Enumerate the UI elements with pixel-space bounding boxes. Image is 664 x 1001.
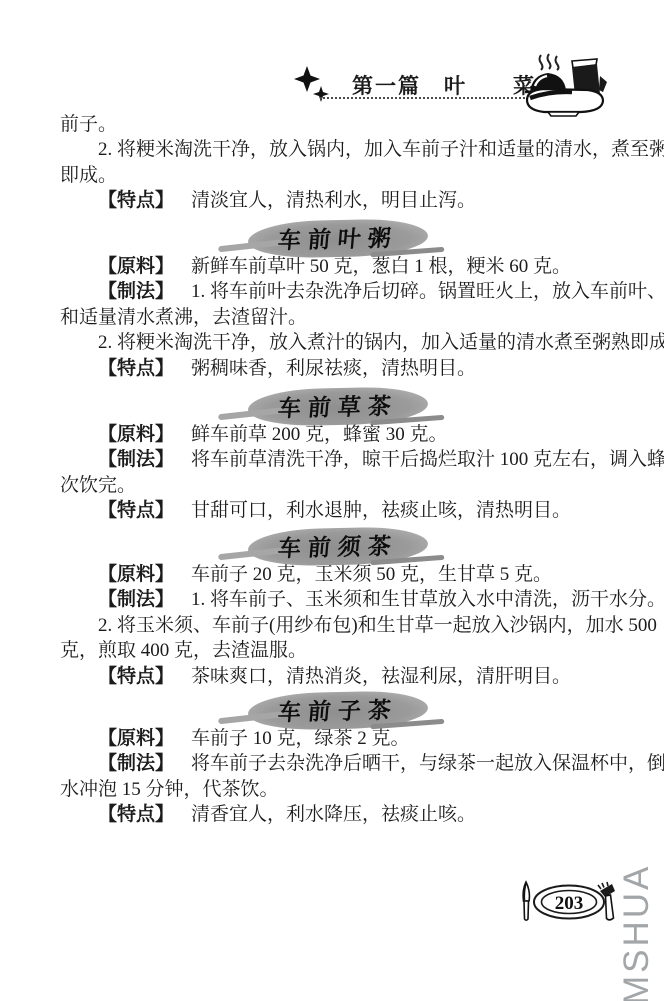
text-line: 和适量清水煮沸，去渣留汁。 xyxy=(60,305,616,330)
line-text: 清淡宜人，清热利水，明目止泻。 xyxy=(191,190,476,211)
field-label: 【原料】 xyxy=(98,256,174,277)
recipe-title: 车前须茶 xyxy=(277,527,400,563)
line-text: 前子。 xyxy=(60,114,117,135)
page-number-badge: 203 xyxy=(517,879,617,925)
recipe-title: 车前子茶 xyxy=(277,691,400,727)
field-label: 【制法】 xyxy=(98,753,174,774)
line-text: 将车前子去杂洗净后晒干，与绿茶一起放入保温杯中，倒入沸 xyxy=(191,753,664,774)
field-label: 【制法】 xyxy=(98,589,174,610)
text-line: 【特点】清淡宜人，清热利水，明目止泻。 xyxy=(60,188,616,213)
line-text: 次饮完。 xyxy=(60,475,136,496)
brush-smear: 车前叶粥 xyxy=(248,218,429,259)
text-line: 【制法】1. 将车前叶去杂洗净后切碎。锅置旺火上，放入车前叶、葱白 xyxy=(60,279,616,304)
line-text: 水冲泡 15 分钟，代茶饮。 xyxy=(60,779,279,800)
line-text: 2. 将玉米须、车前子(用纱布包)和生甘草一起放入沙锅内，加水 500 xyxy=(98,615,657,636)
text-line: 【特点】粥稠味香，利尿祛痰，清热明目。 xyxy=(60,356,616,381)
line-text: 2. 将粳米淘洗干净，放入锅内，加入车前子汁和适量的清水，煮至粥熟 xyxy=(98,139,664,160)
text-line: 【特点】甘甜可口，利水退肿，祛痰止咳，清热明目。 xyxy=(60,498,616,523)
brush-smear: 车前草茶 xyxy=(248,386,429,427)
text-line: 克，煎取 400 克，去渣温服。 xyxy=(60,638,616,663)
line-text: 即成。 xyxy=(60,165,117,186)
line-text: 将车前草清洗干净，晾干后捣烂取汁 100 克左右，调入蜂蜜，1 xyxy=(191,449,664,470)
watermark-text: MSHUA xyxy=(619,881,655,1001)
text-line: 即成。 xyxy=(60,163,616,188)
text-line: 次饮完。 xyxy=(60,473,616,498)
book-page: 第一篇 叶 菜 前子。 2. 将粳米淘洗干净，放入锅内，加入车前子汁和适量的清水… xyxy=(0,0,664,1001)
text-line: 2. 将粳米淘洗干净，放入锅内，加入车前子汁和适量的清水，煮至粥熟 xyxy=(60,137,616,162)
knife-icon xyxy=(523,882,529,920)
line-text: 克，煎取 400 克，去渣温服。 xyxy=(60,640,307,661)
page-number: 203 xyxy=(555,893,584,914)
recipe-title-banner: 车前须茶 xyxy=(60,530,616,562)
text-line: 水冲泡 15 分钟，代茶饮。 xyxy=(60,777,616,802)
brush-smear: 车前须茶 xyxy=(248,526,429,567)
line-text: 粥稠味香，利尿祛痰，清热明目。 xyxy=(191,358,476,379)
field-label: 【特点】 xyxy=(98,358,174,379)
line-text: 车前子 10 克，绿茶 2 克。 xyxy=(191,728,410,749)
field-label: 【原料】 xyxy=(98,564,174,585)
text-line: 【制法】将车前子去杂洗净后晒干，与绿茶一起放入保温杯中，倒入沸 xyxy=(60,751,616,776)
text-line: 前子。 xyxy=(60,112,616,137)
text-line: 【原料】新鲜车前草叶 50 克，葱白 1 根，粳米 60 克。 xyxy=(60,254,616,279)
text-line: 【特点】茶味爽口，清热消炎，祛湿利尿，清肝明目。 xyxy=(60,664,616,689)
field-label: 【原料】 xyxy=(98,424,174,445)
text-line: 【制法】将车前草清洗干净，晾干后捣烂取汁 100 克左右，调入蜂蜜，1 xyxy=(60,447,616,472)
recipe-section: 车前草茶 【原料】鲜车前草 200 克，蜂蜜 30 克。 【制法】将车前草清洗干… xyxy=(60,390,616,524)
line-text: 1. 将车前叶去杂洗净后切碎。锅置旺火上，放入车前叶、葱白 xyxy=(191,281,664,302)
recipe-section: 车前须茶 【原料】车前子 20 克，玉米须 50 克，生甘草 5 克。 【制法】… xyxy=(60,530,616,689)
field-label: 【制法】 xyxy=(98,449,174,470)
recipe-section: 车前叶粥 【原料】新鲜车前草叶 50 克，葱白 1 根，粳米 60 克。 【制法… xyxy=(60,222,616,381)
text-line: 2. 将玉米须、车前子(用纱布包)和生甘草一起放入沙锅内，加水 500 xyxy=(60,613,616,638)
recipe-title: 车前叶粥 xyxy=(277,219,400,255)
line-text: 甘甜可口，利水退肿，祛痰止咳，清热明目。 xyxy=(191,500,571,521)
field-label: 【特点】 xyxy=(98,190,174,211)
text-line: 【特点】清香宜人，利水降压，祛痰止咳。 xyxy=(60,802,616,827)
field-label: 【原料】 xyxy=(98,728,174,749)
line-text: 2. 将粳米淘洗干净，放入煮汁的锅内，加入适量的清水煮至粥熟即成。 xyxy=(98,332,664,353)
line-text: 车前子 20 克，玉米须 50 克，生甘草 5 克。 xyxy=(191,564,552,585)
text-line: 【制法】1. 将车前子、玉米须和生甘草放入水中清洗，沥干水分。 xyxy=(60,587,616,612)
field-label: 【特点】 xyxy=(98,804,174,825)
line-text: 和适量清水煮沸，去渣留汁。 xyxy=(60,307,307,328)
field-label: 【特点】 xyxy=(98,500,174,521)
brush-smear: 车前子茶 xyxy=(248,690,429,731)
steaming-dish-icon xyxy=(517,52,613,118)
line-text: 鲜车前草 200 克，蜂蜜 30 克。 xyxy=(191,424,448,445)
recipe-title-banner: 车前子茶 xyxy=(60,694,616,726)
text-line: 【原料】鲜车前草 200 克，蜂蜜 30 克。 xyxy=(60,422,616,447)
recipe-title-banner: 车前草茶 xyxy=(60,390,616,422)
recipe-section: 车前子茶 【原料】车前子 10 克，绿茶 2 克。 【制法】将车前子去杂洗净后晒… xyxy=(60,694,616,828)
line-text: 新鲜车前草叶 50 克，葱白 1 根，粳米 60 克。 xyxy=(191,256,571,277)
text-line: 2. 将粳米淘洗干净，放入煮汁的锅内，加入适量的清水煮至粥熟即成。 xyxy=(60,330,616,355)
recipe-title-banner: 车前叶粥 xyxy=(60,222,616,254)
line-text: 茶味爽口，清热消炎，祛湿利尿，清肝明目。 xyxy=(191,666,571,687)
text-line: 【原料】车前子 10 克，绿茶 2 克。 xyxy=(60,726,616,751)
intro-paragraphs: 前子。 2. 将粳米淘洗干净，放入锅内，加入车前子汁和适量的清水，煮至粥熟 即成… xyxy=(60,112,616,214)
section-title: 第一篇 叶 菜 xyxy=(352,70,536,100)
line-text: 清香宜人，利水降压，祛痰止咳。 xyxy=(191,804,476,825)
text-line: 【原料】车前子 20 克，玉米须 50 克，生甘草 5 克。 xyxy=(60,562,616,587)
field-label: 【制法】 xyxy=(98,281,174,302)
field-label: 【特点】 xyxy=(98,666,174,687)
line-text: 1. 将车前子、玉米须和生甘草放入水中清洗，沥干水分。 xyxy=(191,589,664,610)
recipe-title: 车前草茶 xyxy=(277,387,400,423)
